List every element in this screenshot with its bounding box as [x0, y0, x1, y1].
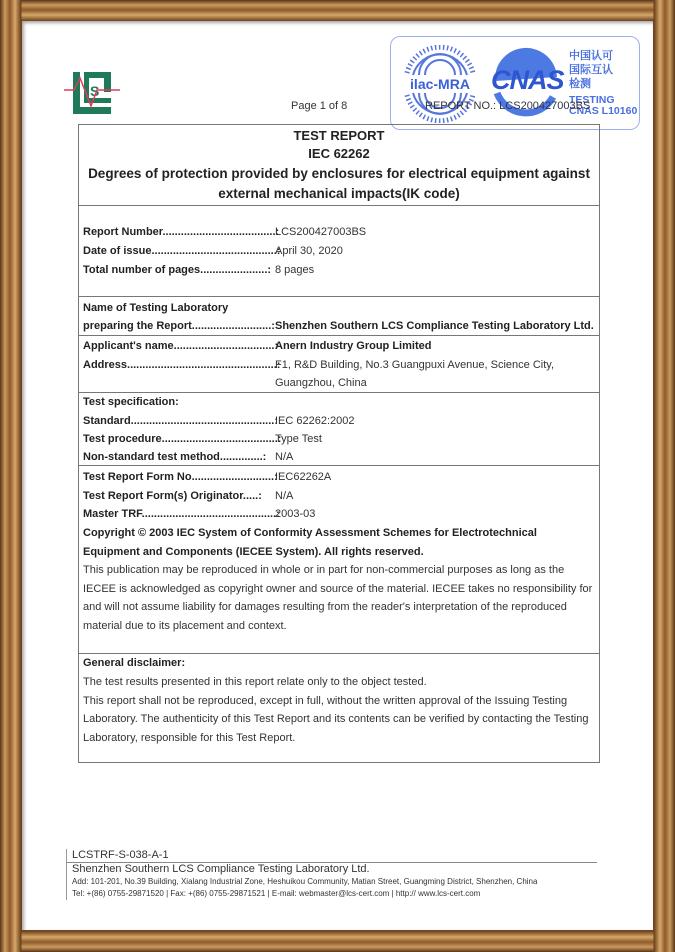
disclaimer-heading: General disclaimer: — [83, 654, 598, 673]
report-number-header: REPORT NO.: LCS200427003BS — [425, 100, 590, 112]
master-trf-row: Master TRF..............................… — [83, 508, 280, 520]
cnas-label: CNAS — [491, 65, 564, 96]
date-of-issue-row: Date of issue...........................… — [83, 245, 280, 257]
test-procedure-row: Test procedure..........................… — [83, 433, 281, 445]
lcs-logo-icon: S — [64, 70, 120, 115]
footer-address: Add: 101-201, No.39 Building, Xialang In… — [72, 876, 537, 888]
trf-number-row: Test Report Form No.....................… — [83, 471, 278, 483]
divider — [78, 465, 600, 466]
trf-originator-row: Test Report Form(s) Originator.....:N/A — [83, 490, 262, 502]
svg-text:ilac-MRA: ilac-MRA — [410, 76, 470, 92]
footer-company: Shenzhen Southern LCS Compliance Testing… — [72, 863, 537, 876]
reproduction-notice: This publication may be reproduced in wh… — [83, 561, 598, 635]
report-subtitle-line2: external mechanical impacts(IK code) — [78, 186, 600, 201]
lab-name-row: preparing the Report....................… — [83, 320, 275, 332]
report-number-row: Report Number...........................… — [83, 226, 279, 238]
page-indicator: Page 1 of 8 — [291, 100, 347, 112]
copyright-notice: Copyright © 2003 IEC System of Conformit… — [83, 524, 598, 561]
divider — [78, 296, 600, 297]
form-code: LCSTRF-S-038-A-1 — [72, 849, 537, 862]
applicant-name-row: Applicant's name........................… — [83, 340, 278, 352]
footer-contact: Tel: +(86) 0755-29871520 | Fax: +(86) 07… — [72, 888, 537, 900]
report-subtitle-line1: Degrees of protection provided by enclos… — [78, 166, 600, 181]
page-footer: LCSTRF-S-038-A-1 Shenzhen Southern LCS C… — [66, 849, 537, 900]
divider — [78, 205, 600, 206]
divider — [78, 335, 600, 336]
report-title: TEST REPORT — [78, 128, 600, 143]
standard-row: Standard................................… — [83, 415, 278, 427]
stamp-chinese-text: 中国认可 国际互认 检测 — [569, 49, 613, 91]
lab-label-row: Name of Testing Laboratory — [83, 302, 228, 314]
standard-title: IEC 62262 — [78, 146, 600, 161]
total-pages-row: Total number of pages...................… — [83, 264, 271, 276]
divider — [78, 392, 600, 393]
accreditation-stamp: ilac-MRA CNAS 中国认可 国际互认 检测 TESTING CNAS … — [390, 36, 640, 130]
test-spec-heading: Test specification: — [83, 396, 179, 408]
address-row: Address.................................… — [83, 359, 280, 371]
non-standard-method-row: Non-standard test method..............:N… — [83, 451, 266, 463]
disclaimer-text: The test results presented in this repor… — [83, 673, 598, 747]
